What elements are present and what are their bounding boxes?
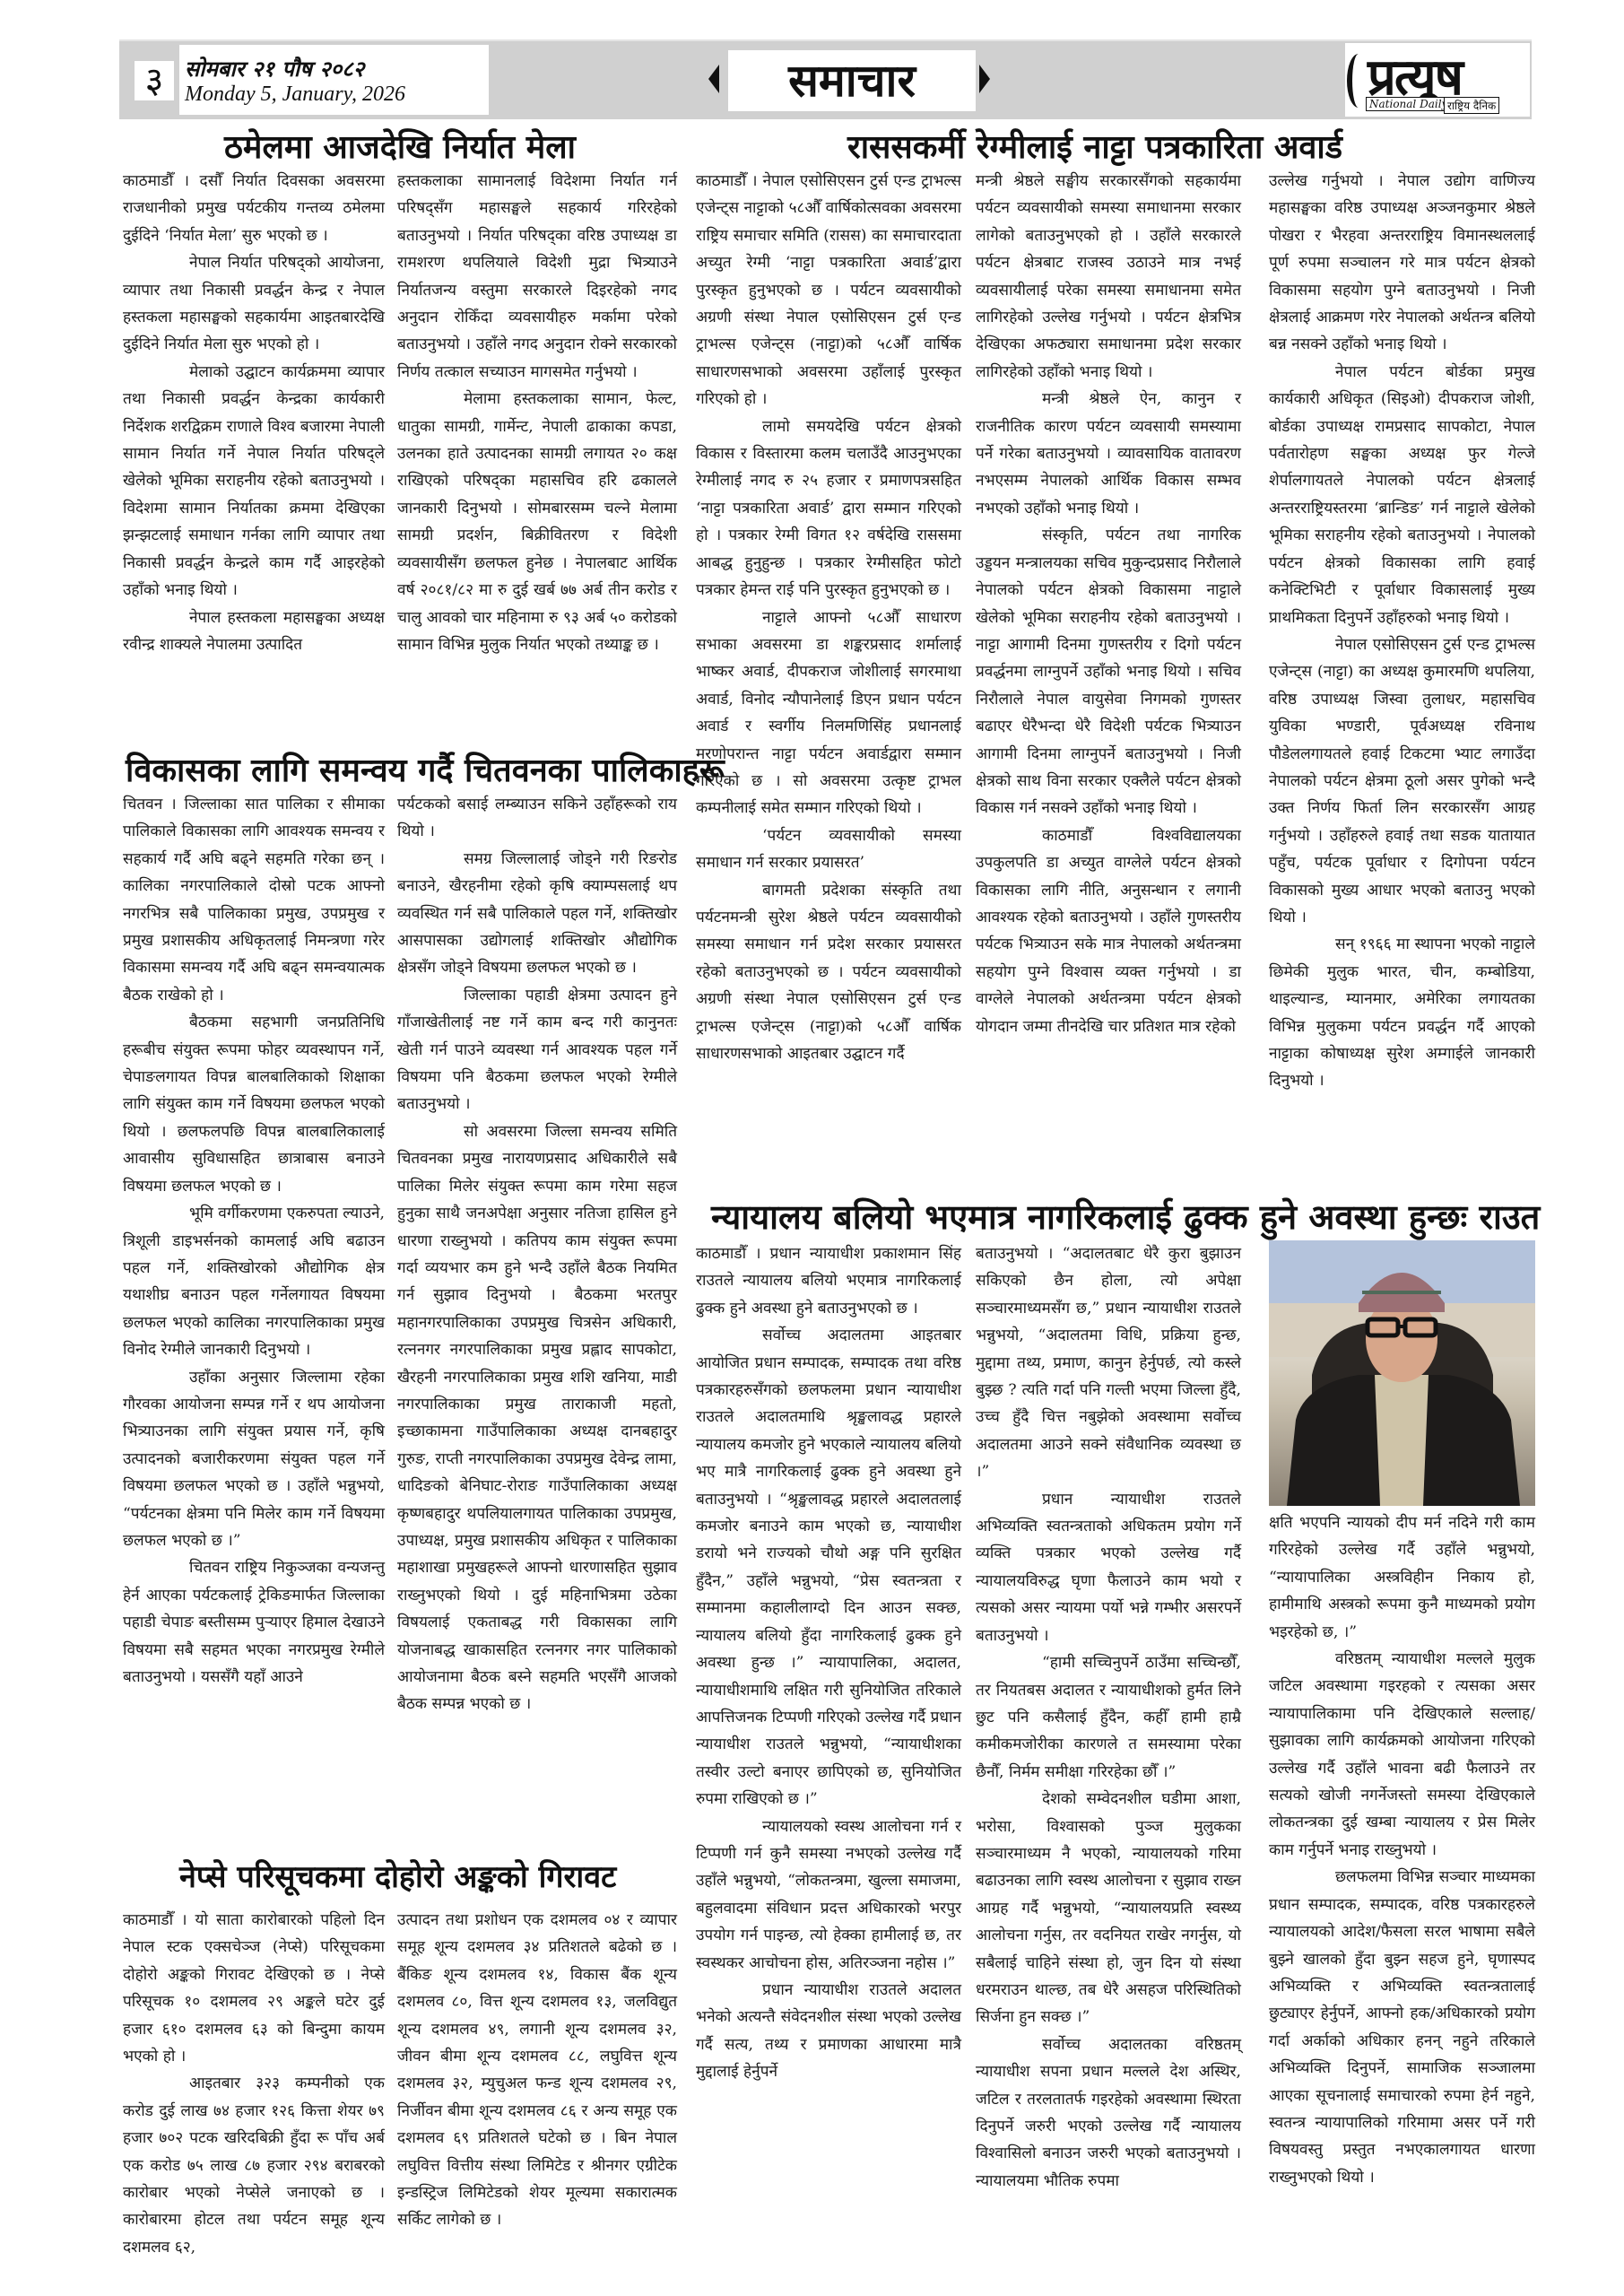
paragraph: हस्तकलाका सामानलाई विदेशमा निर्यात गर्न … (397, 168, 677, 386)
article-nepse-col2: उत्पादन तथा प्रशोधन एक दशमलव ०४ र व्यापा… (397, 1907, 677, 2292)
paragraph: प्रधान न्यायाधीश राउतले अदालत भनेको अत्य… (696, 1977, 961, 2086)
paragraph: पर्यटकको बसाई लम्ब्याउन सकिने उहाँहरूको … (397, 791, 677, 846)
paragraph: सो अवसरमा जिल्ला समन्वय समिति चितवनका प्… (397, 1118, 677, 1718)
article-cj-col3: क्षति भएपनि न्यायको दीप मर्न नदिने गरी क… (1269, 1509, 1535, 2290)
page-number: ३ (135, 61, 174, 100)
paragraph: सर्वोच्च अदालतका वरिष्ठतम् न्यायाधीश सपन… (976, 2031, 1241, 2195)
paragraph: जिल्लाका पहाडी क्षेत्रमा उत्पादन हुने गा… (397, 982, 677, 1118)
paragraph: काठमाडौँ । यो साता कारोबारको पहिलो दिन न… (123, 1907, 385, 2070)
paragraph: लामो समयदेखि पर्यटन क्षेत्रको विकास र वि… (696, 413, 961, 604)
headline-nata-award: राससकर्मी रेग्मीलाई नाट्टा पत्रकारिता अव… (847, 124, 1342, 168)
article-nata-col3: उल्लेख गर्नुभयो । नेपाल उद्योग वाणिज्य म… (1269, 168, 1535, 1190)
paragraph: काठमाडौँ विश्वविद्यालयका उपकुलपति डा अच्… (976, 822, 1241, 1040)
paragraph: बागमती प्रदेशका संस्कृति तथा पर्यटनमन्त्… (696, 877, 961, 1068)
portrait-photo (1269, 1240, 1535, 1506)
paragraph: काठमाडौँ । प्रधान न्यायाधीश प्रकाशमान सि… (696, 1240, 961, 1322)
paragraph: प्रधान न्यायाधीश राउतले अभिव्यक्ति स्वतन… (976, 1486, 1241, 1649)
logo-tagline-nepali: राष्ट्रिय दैनिक (1444, 97, 1499, 114)
paragraph: उहाँका अनुसार जिल्लामा रहेका गौरवका आयोज… (123, 1364, 385, 1555)
headline-chitwan: विकासका लागि समन्वय गर्दै चितवनका पालिका… (126, 747, 725, 791)
paragraph: आइतबार ३२३ कम्पनीको एक करोड दुई लाख ७४ ह… (123, 2070, 385, 2261)
paragraph: नेपाल एसोसिएसन टुर्स एन्ड ट्राभल्स एजेन्… (1269, 631, 1535, 931)
paragraph: नेपाल हस्तकला महासङ्घका अध्यक्ष रवीन्द्र… (123, 604, 385, 659)
paragraph: बताउनुभयो । “अदालतबाट धेरै कुरा बुझाउन स… (976, 1240, 1241, 1486)
section-title: समाचार (728, 50, 976, 111)
paragraph: वरिष्ठतम् न्यायाधीश मल्लले मुलुक जटिल अव… (1269, 1646, 1535, 1864)
paragraph: छलफलमा विभिन्न सञ्चार माध्यमका प्रधान सम… (1269, 1864, 1535, 2191)
subheading: ‘पर्यटन व्यवसायीको समस्या समाधान गर्न सर… (696, 822, 961, 877)
paragraph: मन्त्री श्रेष्ठले ऐन, कानुन र राजनीतिक क… (976, 386, 1241, 522)
headline-export-fair: ठमेलमा आजदेखि निर्यात मेला (224, 124, 576, 168)
paragraph: उत्पादन तथा प्रशोधन एक दशमलव ०४ र व्यापा… (397, 1907, 677, 2234)
paragraph: भूमि वर्गीकरणमा एकरुपता ल्याउने, त्रिशूल… (123, 1200, 385, 1363)
portrait-illustration-icon (1269, 1240, 1535, 1506)
paragraph: मेलाको उद्घाटन कार्यक्रममा व्यापार तथा न… (123, 359, 385, 604)
paragraph: चितवन राष्ट्रिय निकुञ्जका वन्यजन्तु हेर्… (123, 1554, 385, 1691)
headline-nepse: नेप्से परिसूचकमा दोहोरो अङ्कको गिरावट (179, 1855, 616, 1896)
paragraph: क्षति भएपनि न्यायको दीप मर्न नदिने गरी क… (1269, 1509, 1535, 1646)
paragraph: मन्त्री श्रेष्ठले सङ्घीय सरकारसँगको सहका… (976, 168, 1241, 386)
paragraph: संस्कृति, पर्यटन तथा नागरिक उड्डयन मन्त्… (976, 522, 1241, 822)
date-nepali: सोमबार २१ पौष २०८२ (185, 54, 364, 83)
article-nepse-col1: काठमाडौँ । यो साता कारोबारको पहिलो दिन न… (123, 1907, 385, 2292)
headline-chief-justice: न्यायालय बलियो भएमात्र नागरिकलाई ढुक्क ह… (711, 1193, 1540, 1239)
paragraph: काठमाडौँ । दसौँ निर्यात दिवसका अवसरमा रा… (123, 168, 385, 249)
article-cj-col2: बताउनुभयो । “अदालतबाट धेरै कुरा बुझाउन स… (976, 1240, 1241, 2290)
paragraph: समग्र जिल्लालाई जोड्ने गरी रिङरोड बनाउने… (397, 846, 677, 982)
paragraph: न्यायालयको स्वस्थ आलोचना गर्न र टिप्पणी … (696, 1813, 961, 1977)
arrow-right-icon (979, 65, 990, 93)
paragraph: बैठकमा सहभागी जनप्रतिनिधि हरूबीच संयुक्त… (123, 1009, 385, 1200)
paragraph: काठमाडौँ । नेपाल एसोसिएसन टुर्स एन्ड ट्र… (696, 168, 961, 413)
article-nata-col2: मन्त्री श्रेष्ठले सङ्घीय सरकारसँगको सहका… (976, 168, 1241, 1190)
paragraph: मेलामा हस्तकलाका सामान, फेल्ट, धातुका सा… (397, 386, 677, 658)
paragraph: नेपाल निर्यात परिषद्को आयोजना, व्यापार त… (123, 249, 385, 359)
article-nata-col1: काठमाडौँ । नेपाल एसोसिएसन टुर्स एन्ड ट्र… (696, 168, 961, 1190)
paragraph: चितवन । जिल्लाका सात पालिका र सीमाका पाल… (123, 791, 385, 1009)
article-cj-col1: काठमाडौँ । प्रधान न्यायाधीश प्रकाशमान सि… (696, 1240, 961, 2290)
article-chitwan-col2: पर्यटकको बसाई लम्ब्याउन सकिने उहाँहरूको … (397, 791, 677, 1849)
paragraph: देशको सम्वेदनशील घडीमा आशा, भरोसा, विश्व… (976, 1786, 1241, 2031)
paragraph: सर्वोच्च अदालतमा आइतबार आयोजित प्रधान सम… (696, 1322, 961, 1813)
paragraph: नेपाल पर्यटन बोर्डका प्रमुख कार्यकारी अध… (1269, 359, 1535, 631)
article-chitwan-col1: चितवन । जिल्लाका सात पालिका र सीमाका पाल… (123, 791, 385, 1849)
article-export-fair-col2: हस्तकलाका सामानलाई विदेशमा निर्यात गर्न … (397, 168, 677, 742)
arrow-left-icon (708, 65, 719, 93)
date-english: Monday 5, January, 2026 (185, 83, 405, 107)
logo-tagline-english: National Daily (1366, 97, 1451, 111)
article-export-fair-col1: काठमाडौँ । दसौँ निर्यात दिवसका अवसरमा रा… (123, 168, 385, 742)
paragraph: “हामी सच्चिनुपर्ने ठाउँमा सच्चिन्छौँ, तर… (976, 1649, 1241, 1786)
paragraph: सन् १९६६ मा स्थापना भएको नाट्टाले छिमेकी… (1269, 931, 1535, 1094)
paragraph: उल्लेख गर्नुभयो । नेपाल उद्योग वाणिज्य म… (1269, 168, 1535, 359)
paragraph: नाट्टाले आफ्नो ५८औँ साधारण सभाका अवसरमा … (696, 604, 961, 822)
